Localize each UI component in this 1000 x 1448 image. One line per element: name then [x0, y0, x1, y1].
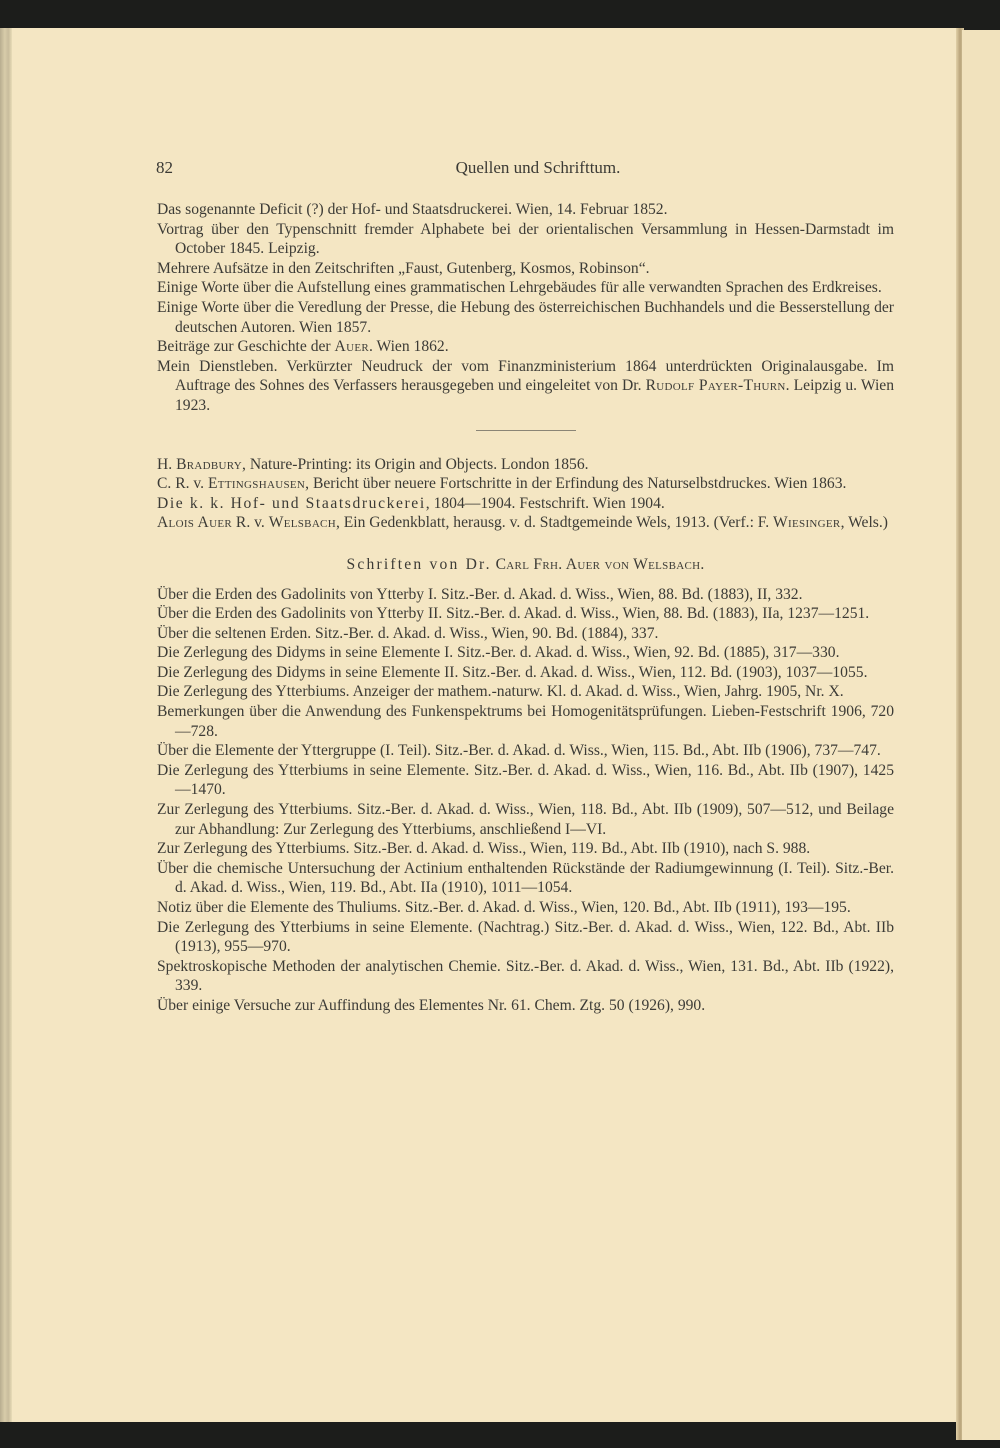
bib-entry: Einige Worte über die Veredlung der Pres… [157, 298, 894, 337]
bib-entry: Die Zerlegung des Ytterbiums in seine El… [157, 761, 894, 800]
entry-text: , Nature-Printing: its Origin and Object… [242, 456, 588, 473]
entry-text: H. [157, 456, 176, 473]
entry-text: Beiträge zur Geschichte der [157, 338, 335, 355]
bib-entry: Beiträge zur Geschichte der Auer. Wien 1… [157, 337, 894, 357]
bib-entry: Über die Erden des Gadolinits von Ytterb… [157, 604, 894, 624]
bib-entry: Die k. k. Hof- und Staatsdruckerei, 1804… [157, 494, 894, 514]
bib-entry: Über die chemische Untersuchung der Acti… [157, 859, 894, 898]
author-name: Wiesinger [773, 514, 841, 531]
bib-entry: Das sogenannte Deficit (?) der Hof- und … [157, 200, 894, 220]
bib-entry: C. R. v. Ettingshausen, Bericht über neu… [157, 474, 894, 494]
bib-entry: Mein Dienstleben. Verkürzter Neudruck de… [157, 357, 894, 416]
spaced-title: Die k. k. Hof- und Staatsdruckerei [157, 495, 426, 512]
page-edge-left [0, 28, 12, 1422]
bib-entry: Über die Elemente der Yttergruppe (I. Te… [157, 741, 894, 761]
bib-entry: H. Bradbury, Nature-Printing: its Origin… [157, 455, 894, 475]
bibliography-block-own-writings: Das sogenannte Deficit (?) der Hof- und … [157, 200, 894, 416]
entry-text: , 1804—1904. Festschrift. Wien 1904. [426, 495, 665, 512]
running-title: Quellen und Schrifttum. [146, 158, 910, 178]
entry-text: R. v. [232, 514, 269, 531]
bib-entry: Zur Zerlegung des Ytterbiums. Sitz.-Ber.… [157, 839, 894, 859]
bib-entry: Die Zerlegung des Ytterbiums in seine El… [157, 918, 894, 957]
bib-entry: Einige Worte über die Aufstellung eines … [157, 278, 894, 298]
author-name: Ettingshausen [208, 475, 305, 492]
entry-text: , Bericht über neuere Fortschritte in de… [305, 475, 846, 492]
bib-entry: Über die Erden des Gadolinits von Ytterb… [157, 585, 894, 605]
bibliography-block-secondary: H. Bradbury, Nature-Printing: its Origin… [157, 455, 894, 533]
entry-text: C. R. v. [157, 475, 208, 492]
bib-entry: Alois Auer R. v. Welsbach, Ein Gedenkbla… [157, 513, 894, 533]
bib-entry: Die Zerlegung des Ytterbiums. Anzeiger d… [157, 682, 894, 702]
bib-entry: Die Zerlegung des Didyms in seine Elemen… [157, 643, 894, 663]
entry-text: , Wels.) [841, 514, 888, 531]
entry-text: . Wien 1862. [369, 338, 449, 355]
author-name: Auer [335, 338, 369, 355]
section-heading-name: Carl Frh. Auer von Welsbach. [496, 556, 705, 573]
author-name: Rudolf Payer-Thurn [646, 377, 786, 394]
adjacent-page-edge [962, 30, 1000, 1440]
bib-entry: Spektroskopische Methoden der analytisch… [157, 957, 894, 996]
section-divider [476, 430, 576, 431]
bibliography-block-welsbach: Über die Erden des Gadolinits von Ytterb… [157, 585, 894, 1016]
scan-background-top [0, 0, 1000, 28]
bib-entry: Bemerkungen über die Anwendung des Funke… [157, 702, 894, 741]
bib-entry: Zur Zerlegung des Ytterbiums. Sitz.-Ber.… [157, 800, 894, 839]
entry-text: , Ein Gedenkblatt, herausg. v. d. Stadtg… [336, 514, 773, 531]
bib-entry: Über einige Versuche zur Auffindung des … [157, 996, 894, 1016]
bib-entry: Vortrag über den Typenschnitt fremder Al… [157, 220, 894, 259]
running-header: 82 Quellen und Schrifttum. [146, 158, 890, 184]
page-content: Das sogenannte Deficit (?) der Hof- und … [157, 200, 894, 1016]
author-name: Welsbach [269, 514, 336, 531]
bib-entry: Über die seltenen Erden. Sitz.-Ber. d. A… [157, 624, 894, 644]
author-name: Bradbury [176, 456, 242, 473]
bib-entry: Die Zerlegung des Didyms in seine Elemen… [157, 663, 894, 683]
author-name: Alois Auer [157, 514, 232, 531]
bib-entry: Notiz über die Elemente des Thuliums. Si… [157, 898, 894, 918]
section-heading: Schriften von Dr. Carl Frh. Auer von Wel… [157, 555, 894, 575]
bib-entry: Mehrere Aufsätze in den Zeitschriften „F… [157, 259, 894, 279]
section-heading-prefix: Schriften von Dr. [346, 556, 491, 573]
